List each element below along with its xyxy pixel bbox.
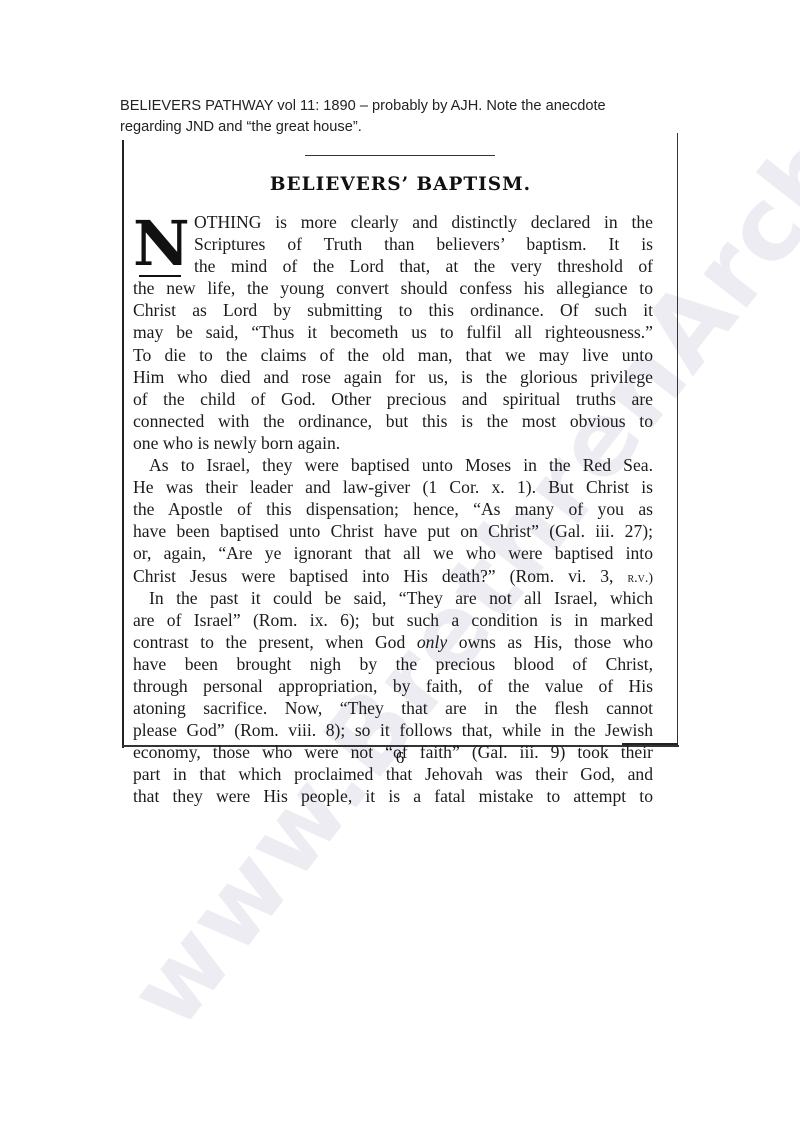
text-italic: only — [417, 632, 447, 652]
text-segment: contrast to the present, when God — [133, 632, 417, 652]
text-segment: Christ Jesus were baptised into His deat… — [133, 566, 627, 586]
text-smallcaps: r.v.) — [627, 571, 653, 586]
text-line: atoning sacrifice. Now, “They that are i… — [133, 697, 653, 719]
text-line: one who is newly born again. — [133, 432, 653, 454]
text-line: please God” (Rom. viii. 8); so it follow… — [133, 719, 653, 741]
text-line: To die to the claims of the old man, tha… — [133, 344, 653, 366]
header-note-line-2: regarding JND and “the great house”. — [120, 117, 680, 138]
text-line: Christ as Lord by submitting to this ord… — [133, 299, 653, 321]
text-line: In the past it could be said, “They are … — [133, 587, 653, 609]
text-line: contrast to the present, when God only o… — [133, 631, 653, 653]
text-segment: owns as His, those who — [447, 632, 653, 652]
title-rule — [305, 155, 495, 156]
drop-cap: N — [133, 213, 189, 275]
text-line: the mind of the Lord that, at the very t… — [133, 255, 653, 277]
text-line: through personal appropriation, by faith… — [133, 675, 653, 697]
text-line: of the child of God. Other precious and … — [133, 388, 653, 410]
page-number: 6 — [390, 748, 410, 768]
text-line: are of Israel” (Rom. ix. 6); but such a … — [133, 609, 653, 631]
text-line: As to Israel, they were baptised unto Mo… — [133, 454, 653, 476]
header-note-line-1: BELIEVERS PATHWAY vol 11: 1890 – probabl… — [120, 96, 680, 117]
text-line: the Apostle of this dispensation; hence,… — [133, 498, 653, 520]
drop-cap-letter: N — [133, 207, 190, 280]
text-line: may be said, “Thus it becometh us to ful… — [133, 321, 653, 343]
text-line: connected with the ordinance, but this i… — [133, 410, 653, 432]
page-border-right — [677, 133, 678, 747]
header-note: BELIEVERS PATHWAY vol 11: 1890 – probabl… — [120, 96, 680, 138]
text-line: that they were His people, it is a fatal… — [133, 785, 653, 807]
drop-cap-underline — [139, 275, 181, 277]
article-body: N OTHING is more clearly and distinctly … — [133, 211, 653, 808]
text-line: the new life, the young convert should c… — [133, 277, 653, 299]
text-line: have been baptised unto Christ have put … — [133, 520, 653, 542]
page-border-left — [122, 140, 124, 748]
text-line: Him who died and rose again for us, is t… — [133, 366, 653, 388]
text-line: have been brought nigh by the precious b… — [133, 653, 653, 675]
text-line: OTHING is more clearly and distinctly de… — [133, 211, 653, 233]
text-line: Scriptures of Truth than believers’ bapt… — [133, 233, 653, 255]
text-line: He was their leader and law-giver (1 Cor… — [133, 476, 653, 498]
text-line: or, again, “Are ye ignorant that all we … — [133, 542, 653, 564]
article-title: BELIEVERS’ BAPTISM. — [124, 174, 677, 195]
text-line: Christ Jesus were baptised into His deat… — [133, 565, 653, 587]
